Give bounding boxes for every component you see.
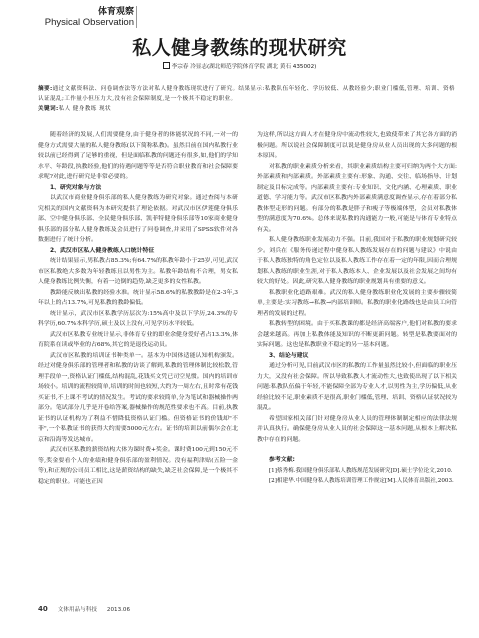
keywords-label: 关键词: (38, 106, 59, 112)
issue-date: 2013.06 (107, 607, 130, 613)
paragraph: 私人健身教练职业发展动力不强。目前,我国对于私教的职业规划研究较少。刘兵在《服务… (257, 235, 457, 288)
page-footer: 40文体用品与科技2013.06 (38, 605, 130, 613)
paragraph: 武汉市区私教的培训证书种类单一。基本为中国体适能认知机构颁发。经过对健身俱乐部的… (38, 351, 238, 446)
page-number: 40 (38, 605, 48, 613)
abstract-block: 摘要:通过文献资料法、问卷调查法等方法对私人健身教练现状进行了研究。结果显示:私… (38, 84, 458, 114)
paragraph: 统计显示，武汉市区私教学历层次为:15%高中及以下学历,24.3%的专科学历,6… (38, 309, 238, 330)
article-title: 私人健身教练的现状研究 (0, 33, 479, 60)
abstract-label: 摘要: (38, 86, 53, 92)
section-header: 体育观察 Physical Observation (38, 6, 137, 28)
author-affiliation: 李宗春 冷显志(湖北师范学院体育学院 湖北 黄石 435002) (172, 64, 317, 70)
journal-name: 文体用品与科技 (58, 607, 97, 613)
paragraph: 随着经济的发展,人们需要健身,由于健身者的体能状况的不同,一对一的健身方式需要大… (38, 130, 238, 183)
section-title-cn: 体育观察 (38, 6, 134, 17)
byline: 李宗春 冷显志(湖北师范学院体育学院 湖北 黄石 435002) (0, 62, 479, 70)
references-heading: 参考文献: (257, 455, 457, 466)
paragraph: 以武汉市商业健身俱乐部的私人健身教练为研究对象。通过查阅与本研究相关的国内文献资… (38, 193, 238, 246)
square-icon (163, 62, 170, 69)
paragraph: 统计结果显示,男私教占85.3%;有64.7%的私教年龄小于25岁,可见,武汉市… (38, 256, 238, 288)
reference-item: [2]相建华.中国健身私人教练培训管理工作规定[M].人民体育出版社,2003. (257, 476, 457, 487)
abstract: 摘要:通过文献资料法、问卷调查法等方法对私人健身教练现状进行了研究。结果显示:私… (38, 84, 458, 104)
paragraph: 武汉市区私教专业统计显示,非体育专业的即业余健身爱好者占13.3%,体育院系在读… (38, 330, 238, 351)
section-heading: 1、研究对象与方法 (38, 183, 238, 194)
paragraph: 武汉市区私教的薪资结构大体为课时费+奖金。课时费100元到150元不等,奖金要看… (38, 445, 238, 487)
section-heading: 2、武汉市区私人健身教练人口统计特征 (38, 246, 238, 257)
reference-item: [1]蔡秀梅.我国健身俱乐部私人教练规范发展研究[D].硕士学位论文,2010. (257, 466, 457, 477)
paragraph: 希望国家相关部门针对健身房从业人员的管理体制制定相应的法律法规并认真执行。确保健… (257, 414, 457, 446)
paragraph: 为这样,所以这方面人才在健身房中流动性较大,也致使带来了其它各方面的消极问题。所… (257, 130, 457, 162)
left-column: 随着经济的发展,人们需要健身,由于健身者的体能状况的不同,一对一的健身方式需要大… (38, 130, 238, 487)
keywords: 关键词:私人 健身教练 现状 (38, 104, 458, 114)
paragraph: 私教转型的困境。由于买私教课的都是经济高端客户,他们对私教的要求会越来越高。再加… (257, 319, 457, 351)
section-heading: 3、结论与建议 (257, 351, 457, 362)
paragraph: 通过分析可见,目前武汉市区的私教的工作量虽然比较小,但面临的职业压力大，又没有社… (257, 361, 457, 414)
abstract-text: 通过文献资料法、问卷调查法等方法对私人健身教练现状进行了研究。结果显示:私教队伍… (38, 86, 455, 102)
paragraph: 对私教的职业素质分析来看，其职业素质结构主要可归纳为两个大方面:外部素质和内部素… (257, 162, 457, 236)
paragraph: 私教职业化道路艰难。武汉的私人健身教练职业化发展的主要步骤较简单,主要是:实习教… (257, 288, 457, 320)
paragraph: 教龄能反映出私教的经验水准。统计显示58.6%的私教教龄是在2-3年,3年以上的… (38, 288, 238, 309)
keywords-text: 私人 健身教练 现状 (59, 106, 111, 112)
section-title-en: Physical Observation (38, 17, 134, 28)
right-column: 为这样,所以这方面人才在健身房中流动性较大,也致使带来了其它各方面的消极问题。所… (257, 130, 457, 487)
